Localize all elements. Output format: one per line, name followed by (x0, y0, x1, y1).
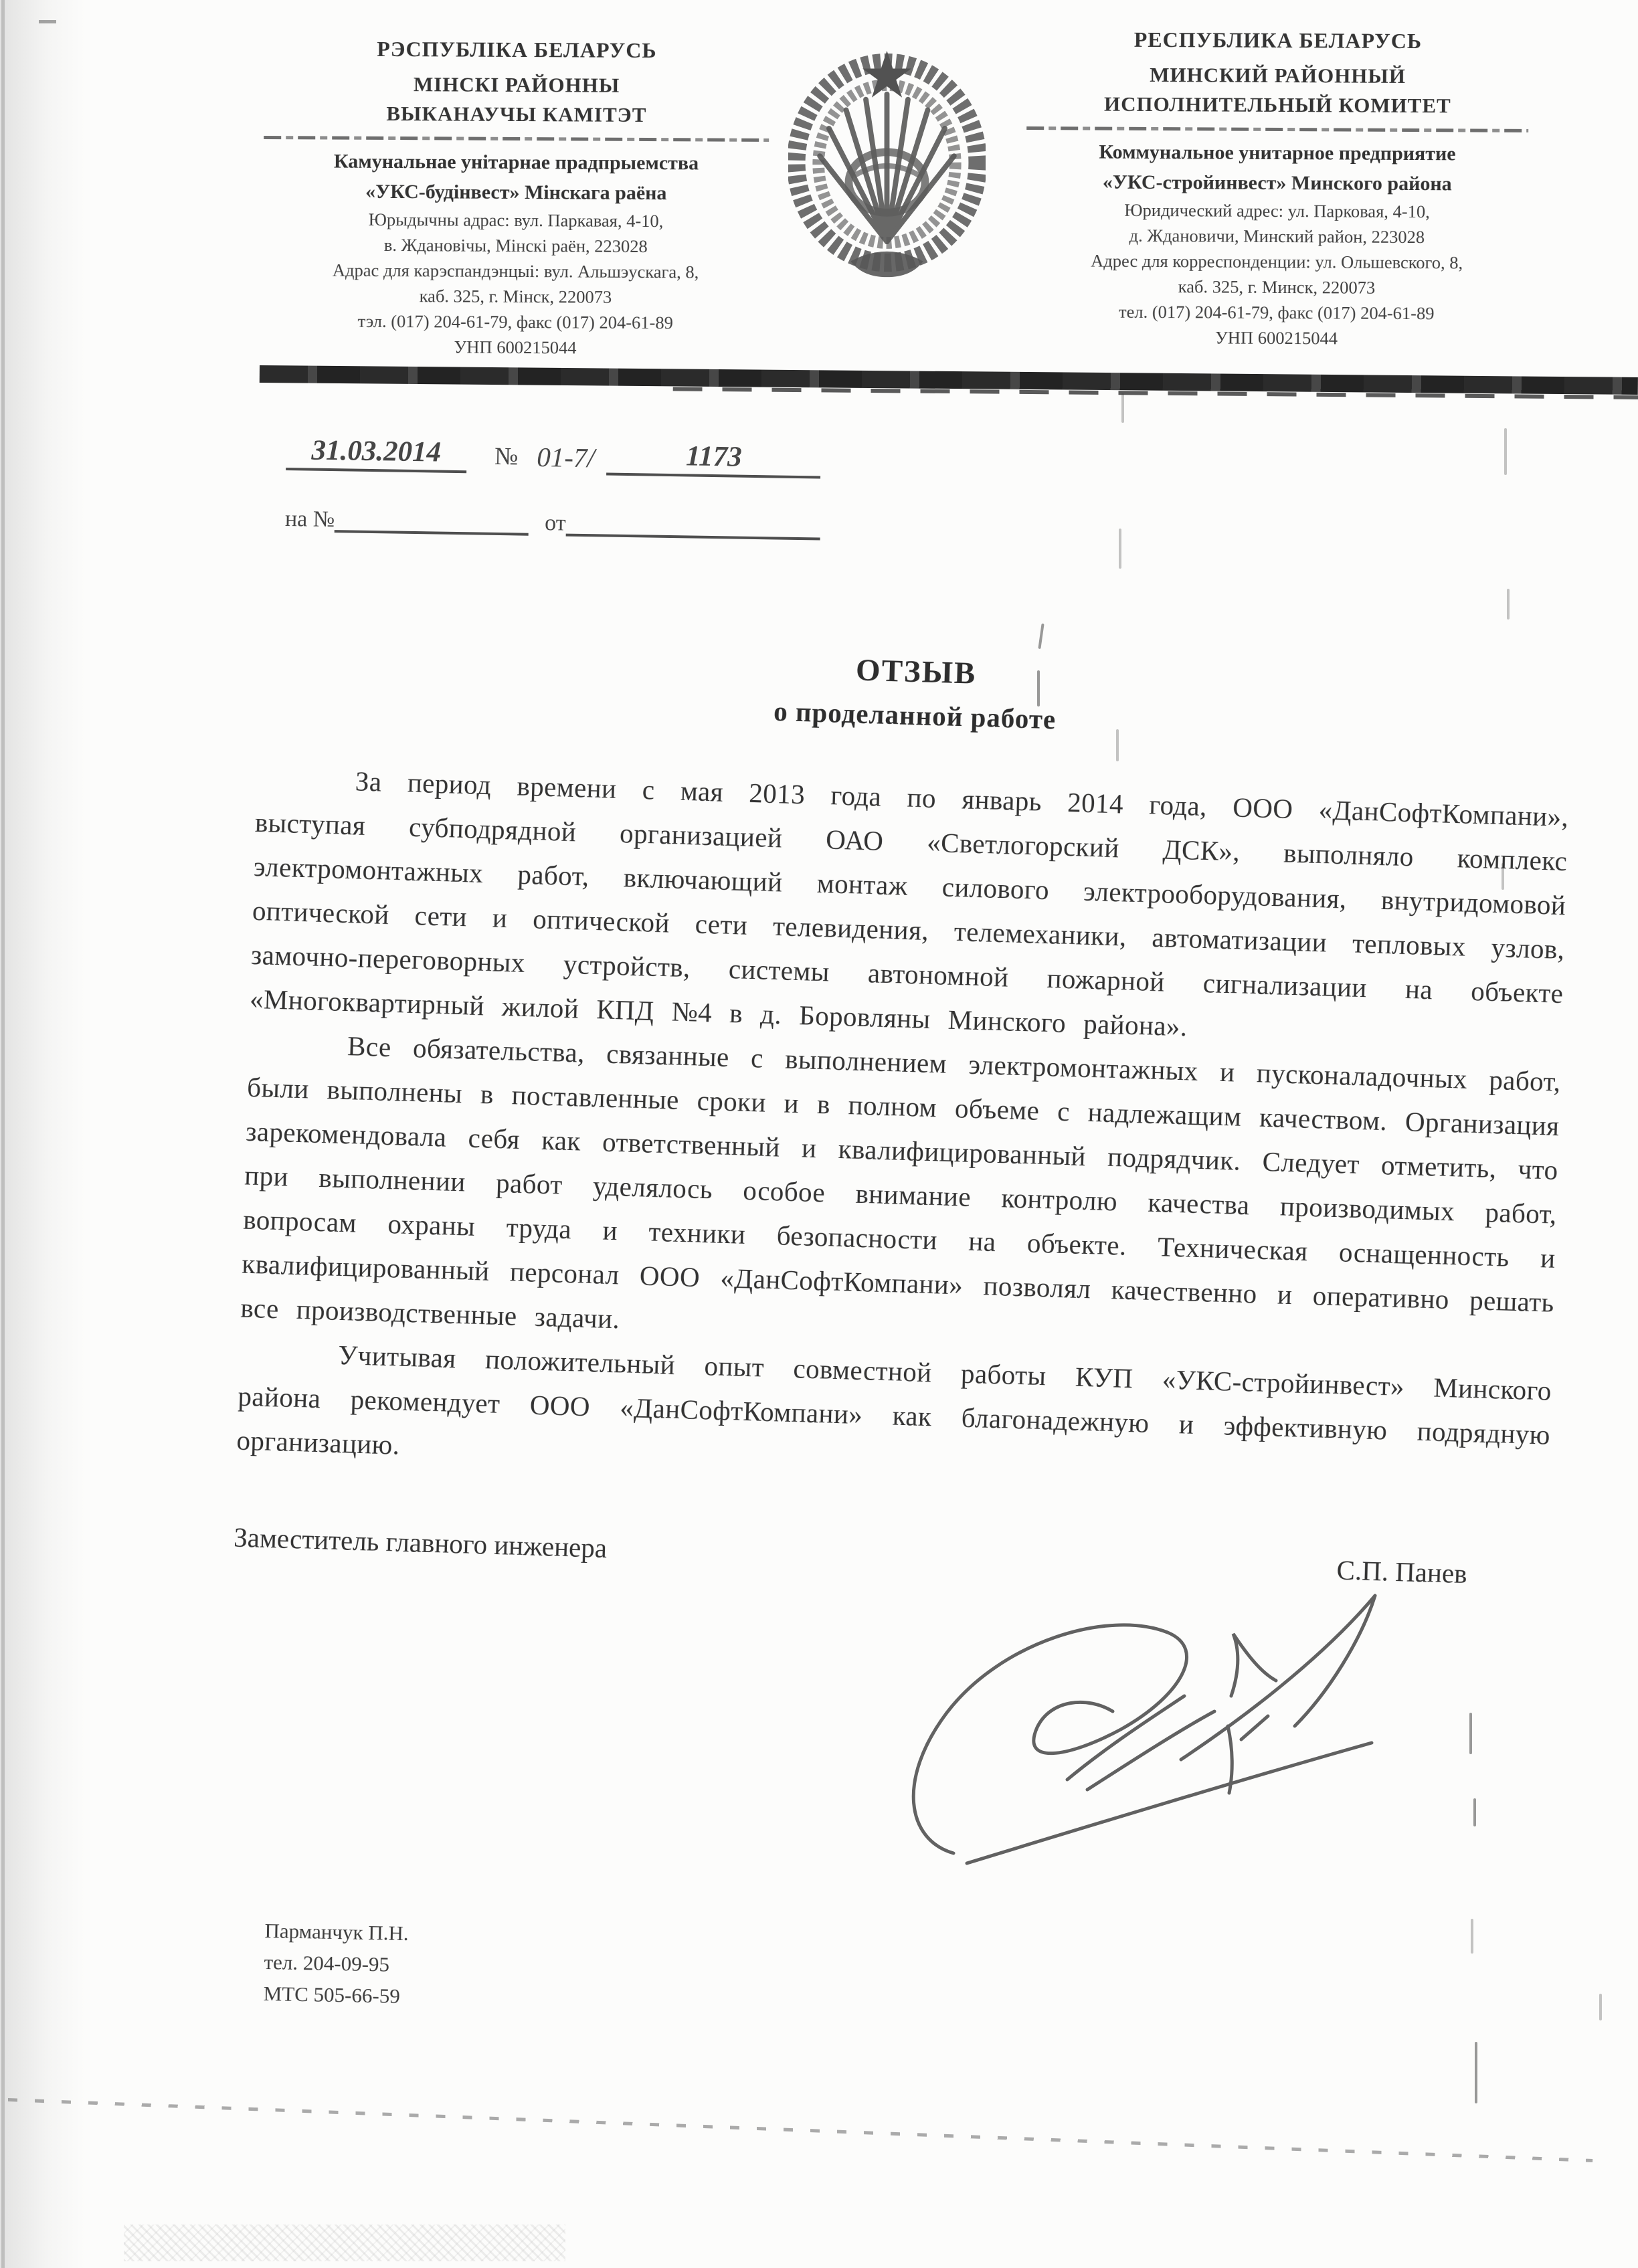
address-line: д. Ждановичи, Минский район, 223028 (1026, 222, 1528, 250)
company-name-line: «УКС-будінвест» Мінскага раёна (264, 176, 769, 209)
country-name: РЭСПУБЛІКА БЕЛАРУСЬ (264, 36, 769, 64)
document-number-handwritten: 1173 (606, 439, 821, 479)
page-edge-shadow (0, 0, 107, 2268)
letter-body: ОТЗЫВ о проделанной работе За период вре… (234, 621, 1573, 1592)
address-line: Юрыдычны адрас: вул. Паркавая, 4-10, (263, 206, 768, 234)
address-line: Адрес для корреспонденции: ул. Ольшевско… (1026, 248, 1528, 276)
bottom-scan-noise (124, 2225, 565, 2261)
committee-name-line: МІНСКІ РАЙОННЫ (264, 69, 769, 101)
letterhead-right-russian: РЕСПУБЛИКА БЕЛАРУСЬ МИНСКИЙ РАЙОННЫЙ ИСП… (1025, 27, 1529, 352)
bottom-dashed-line (8, 2098, 1592, 2162)
letterhead-divider (264, 136, 769, 142)
unp-line: УНП 600215044 (262, 333, 767, 361)
page-edge-line (1, 0, 5, 2268)
company-name-line: Коммунальное унитарное предприятие (1026, 136, 1528, 169)
committee-name-line: ВЫКАНАУЧЫ КАМІТЭТ (264, 98, 769, 130)
committee-name-line: ИСПОЛНИТЕЛЬНЫЙ КОМИТЕТ (1026, 89, 1528, 121)
fold-crease-mark (1475, 2042, 1477, 2103)
company-name-line: «УКС-стройинвест» Минского района (1026, 167, 1528, 199)
document-date: 31.03.2014 (286, 434, 466, 473)
document-number-prefix: 01-7/ (537, 441, 595, 475)
handwritten-signature (867, 1559, 1395, 1877)
address-line: каб. 325, г. Мінск, 220073 (263, 282, 768, 310)
reply-date-label: от (545, 510, 566, 536)
fold-crease-mark (1504, 428, 1507, 475)
address-line: каб. 325, г. Минск, 220073 (1026, 273, 1528, 301)
belarus-coat-of-arms-icon (788, 44, 986, 290)
committee-name-line: МИНСКИЙ РАЙОННЫЙ (1027, 60, 1529, 92)
reply-number-blank-line (335, 506, 529, 536)
phone-fax-line: тел. (017) 204-61-79, факс (017) 204-61-… (1026, 298, 1528, 326)
signer-position-title: Заместитель главного инженера (234, 1521, 608, 1564)
country-name: РЕСПУБЛИКА БЕЛАРУСЬ (1027, 27, 1529, 54)
reply-to-row: на № от (285, 505, 1121, 545)
reply-number-label: на № (285, 506, 335, 533)
scan-speck (39, 20, 56, 23)
phone-fax-line: тэл. (017) 204-61-79, факс (017) 204-61-… (263, 308, 768, 336)
letterhead-divider (1026, 126, 1528, 132)
fold-crease-mark (1469, 1713, 1472, 1754)
letterhead-left-belarusian: РЭСПУБЛІКА БЕЛАРУСЬ МІНСКІ РАЙОННЫ ВЫКАН… (262, 36, 769, 361)
executor-name: Парманчук П.Н. (264, 1915, 409, 1949)
body-paragraph: Все обязательства, связанные с выполнени… (240, 1021, 1562, 1369)
reply-date-blank-line (565, 510, 820, 541)
scanned-letter-page: РЭСПУБЛІКА БЕЛАРУСЬ МІНСКІ РАЙОННЫ ВЫКАН… (0, 0, 1638, 2268)
fold-crease-mark (1121, 393, 1124, 423)
address-line: в. Ждановічы, Мінскі раён, 223028 (263, 231, 768, 260)
executor-contact-block: Парманчук П.Н. тел. 204-09-95 МТС 505-66… (263, 1915, 409, 2012)
company-name-line: Камунальнае унітарнае прадпрыемства (264, 146, 769, 179)
body-paragraph: За период времени с мая 2013 года по янв… (249, 756, 1569, 1060)
address-line: Юридический адрес: ул. Парковая, 4-10, (1026, 197, 1528, 225)
executor-phone: тел. 204-09-95 (264, 1946, 408, 1980)
fold-crease-mark (1471, 1919, 1473, 1954)
reference-block: 31.03.2014 № 01-7/ 1173 на № от (285, 434, 1123, 545)
executor-mts-phone: МТС 505-66-59 (263, 1978, 407, 2012)
fold-crease-mark (1507, 589, 1510, 620)
fold-crease-mark (1599, 1994, 1602, 2020)
fold-crease-mark (1473, 1798, 1476, 1826)
outgoing-number-row: 31.03.2014 № 01-7/ 1173 (286, 434, 1123, 484)
address-line: Адрас для карэспандэнцыі: вул. Альшэуска… (263, 257, 768, 285)
letterhead-heavy-rule (260, 365, 1638, 395)
number-sign-label: № (494, 442, 519, 474)
unp-line: УНП 600215044 (1025, 324, 1527, 352)
